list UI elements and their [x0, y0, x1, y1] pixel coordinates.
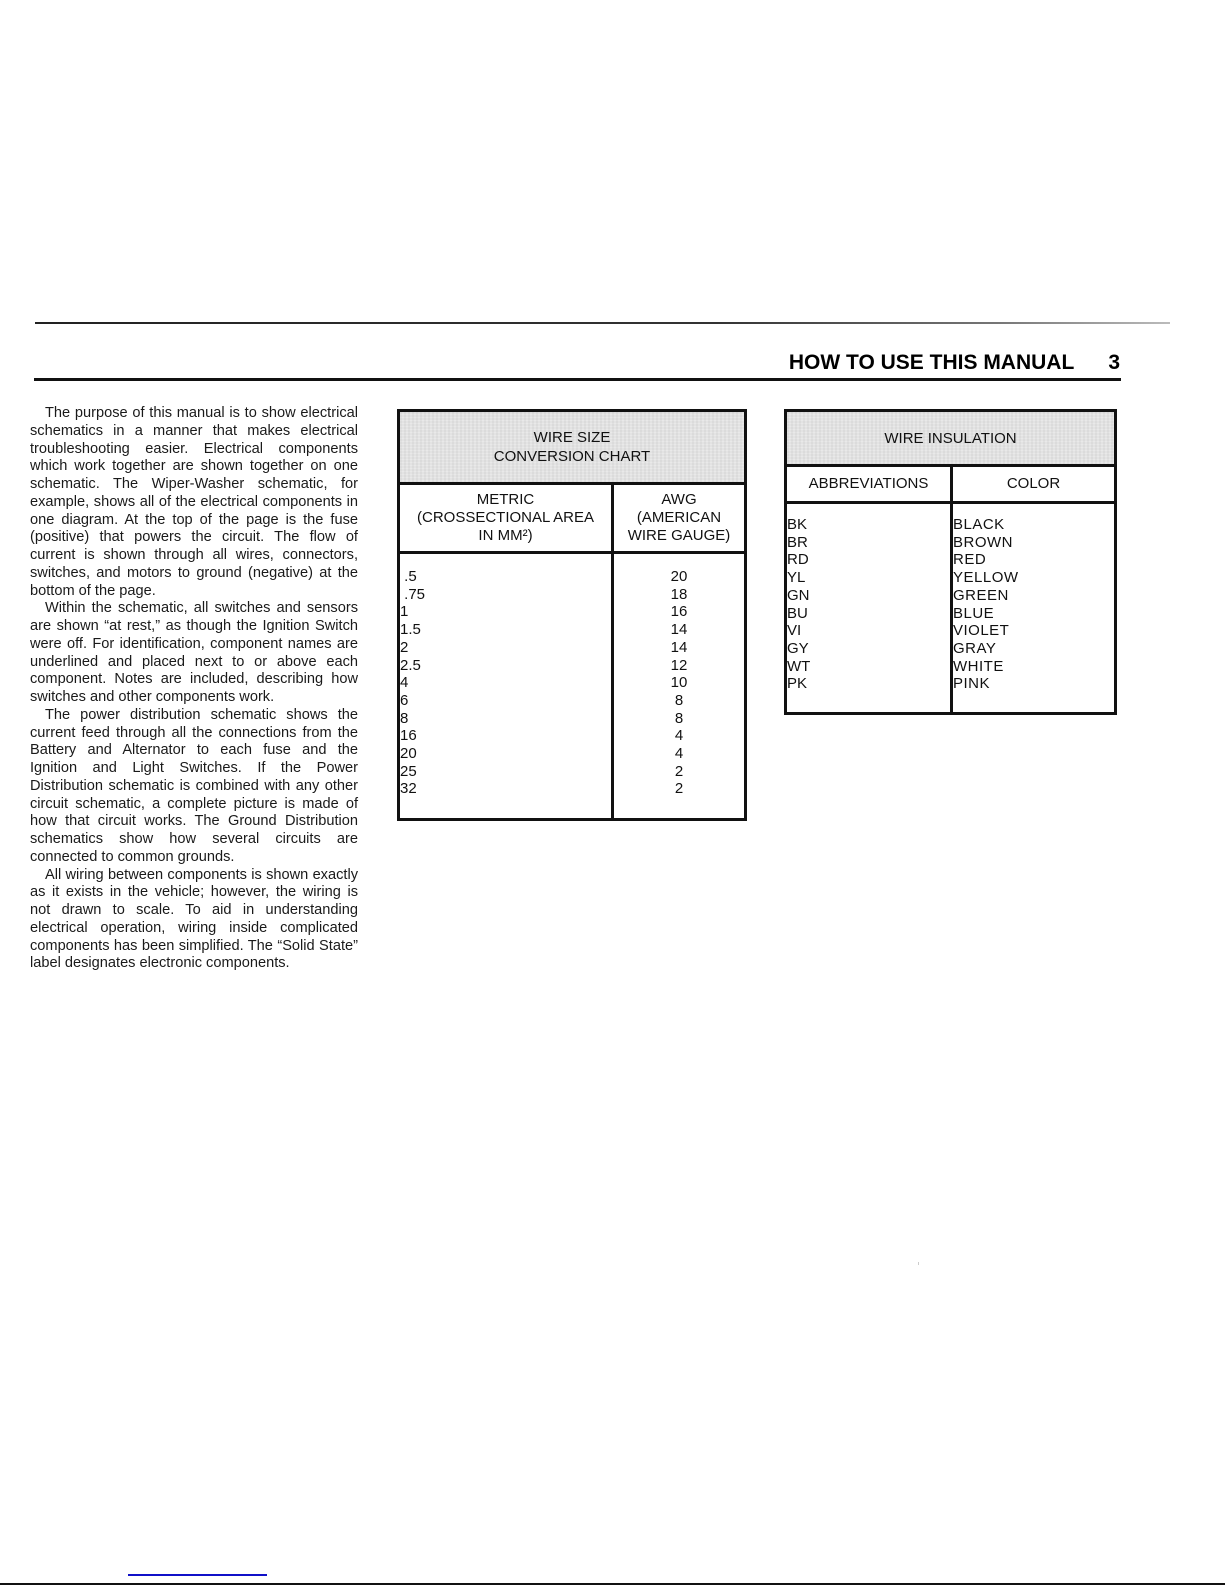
awg-value: 14: [614, 639, 744, 657]
top-rule: [35, 322, 1170, 324]
wire-insulation-table: WIRE INSULATION ABBREVIATIONS COLOR BK B…: [784, 409, 1117, 715]
running-head: HOW TO USE THIS MANUAL3: [789, 351, 1120, 375]
color-name: RED: [953, 551, 1114, 569]
metric-value: 2.5: [400, 657, 611, 675]
awg-value: 12: [614, 657, 744, 675]
metric-value: 4: [400, 674, 611, 692]
page-number: 3: [1108, 351, 1120, 374]
awg-value: 2: [614, 763, 744, 781]
awg-value: 8: [614, 692, 744, 710]
color-name: WHITE: [953, 658, 1114, 676]
paragraph: All wiring between components is shown e…: [30, 867, 358, 974]
metric-value: .75: [400, 586, 611, 604]
title-line: CONVERSION CHART: [400, 447, 744, 466]
scan-speck: [918, 1262, 919, 1265]
color-name: YELLOW: [953, 569, 1114, 587]
header-rule: [34, 378, 1121, 381]
metric-value: 6: [400, 692, 611, 710]
abbreviation: WT: [787, 658, 950, 676]
header-line: AWG: [614, 491, 744, 509]
metric-value: 20: [400, 745, 611, 763]
column-header-metric: METRIC (CROSSECTIONAL AREA IN MM²): [399, 484, 613, 553]
metric-value: 1: [400, 603, 611, 621]
running-title: HOW TO USE THIS MANUAL: [789, 351, 1074, 374]
column-header-color: COLOR: [952, 466, 1116, 503]
header-line: WIRE GAUGE): [614, 527, 744, 545]
abbreviation: YL: [787, 569, 950, 587]
table-title: WIRE INSULATION: [786, 411, 1116, 466]
metric-value: 1.5: [400, 621, 611, 639]
color-name: BROWN: [953, 534, 1114, 552]
awg-value: 18: [614, 586, 744, 604]
metric-value: 8: [400, 710, 611, 728]
header-line: (CROSSECTIONAL AREA: [400, 509, 611, 527]
table-title: WIRE SIZE CONVERSION CHART: [399, 411, 746, 484]
title-line: WIRE SIZE: [400, 428, 744, 447]
header-line: (AMERICAN: [614, 509, 744, 527]
metric-value: 2: [400, 639, 611, 657]
abbreviation: RD: [787, 551, 950, 569]
metric-value: .5: [400, 568, 611, 586]
abbreviation: BU: [787, 605, 950, 623]
metric-value: 25: [400, 763, 611, 781]
metric-value: 16: [400, 727, 611, 745]
awg-value: 4: [614, 745, 744, 763]
awg-value: 16: [614, 603, 744, 621]
column-header-abbreviations: ABBREVIATIONS: [786, 466, 952, 503]
awg-values: 20 18 16 14 14 12 10 8 8 4 4 2 2: [613, 553, 746, 820]
awg-value: 8: [614, 710, 744, 728]
abbreviation: VI: [787, 622, 950, 640]
color-name: GRAY: [953, 640, 1114, 658]
body-text-column: The purpose of this manual is to show el…: [30, 405, 358, 973]
awg-value: 4: [614, 727, 744, 745]
abbreviation-values: BK BR RD YL GN BU VI GY WT PK: [786, 503, 952, 714]
wire-size-conversion-table: WIRE SIZE CONVERSION CHART METRIC (CROSS…: [397, 409, 747, 821]
abbreviation: GY: [787, 640, 950, 658]
color-name: VIOLET: [953, 622, 1114, 640]
paragraph: Within the schematic, all switches and s…: [30, 600, 358, 707]
paragraph: The power distribution schematic shows t…: [30, 707, 358, 867]
color-name: BLACK: [953, 516, 1114, 534]
awg-value: 20: [614, 568, 744, 586]
awg-value: 10: [614, 674, 744, 692]
column-header-awg: AWG (AMERICAN WIRE GAUGE): [613, 484, 746, 553]
color-name: GREEN: [953, 587, 1114, 605]
header-line: METRIC: [400, 491, 611, 509]
awg-value: 14: [614, 621, 744, 639]
link-underline: [128, 1574, 267, 1576]
abbreviation: PK: [787, 675, 950, 693]
paragraph: The purpose of this manual is to show el…: [30, 405, 358, 600]
color-name: PINK: [953, 675, 1114, 693]
header-line: IN MM²): [400, 527, 611, 545]
metric-values: .5 .75 1 1.5 2 2.5 4 6 8 16 20 25 32: [399, 553, 613, 820]
awg-value: 2: [614, 780, 744, 798]
abbreviation: BR: [787, 534, 950, 552]
abbreviation: BK: [787, 516, 950, 534]
color-name: BLUE: [953, 605, 1114, 623]
metric-value: 32: [400, 780, 611, 798]
abbreviation: GN: [787, 587, 950, 605]
color-values: BLACK BROWN RED YELLOW GREEN BLUE VIOLET…: [952, 503, 1116, 714]
